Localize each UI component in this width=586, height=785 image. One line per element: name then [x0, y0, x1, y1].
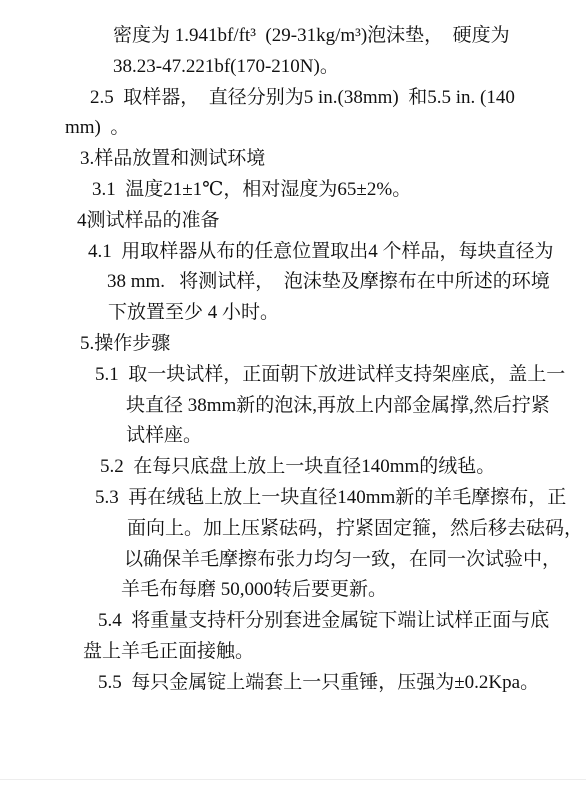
text-line: 38 mm. 将测试样， 泡沫垫及摩擦布在中所述的环境 [0, 267, 586, 298]
text-line: 5.操作步骤 [0, 329, 586, 360]
text-line: 密度为 1.941bf/ft³ (29-31kg/m³)泡沫垫， 硬度为 [0, 21, 586, 52]
text-line: 5.4 将重量支持杆分别套进金属锭下端让试样正面与底 [0, 606, 586, 637]
text-line: 3.样品放置和测试环境 [0, 144, 586, 175]
text-line: 5.1 取一块试样，正面朝下放进试样支持架座底，盖上一 [0, 360, 586, 391]
page-bottom-divider [0, 779, 586, 780]
text-line: 5.3 再在绒毡上放上一块直径140mm新的羊毛摩擦布，正 [0, 483, 586, 514]
text-line: 2.5 取样器， 直径分别为5 in.(38mm) 和5.5 in. (140 [0, 83, 586, 114]
text-line: 3.1 温度21±1℃，相对湿度为65±2%。 [0, 175, 586, 206]
text-line: 试样座。 [0, 421, 586, 452]
document-page: 密度为 1.941bf/ft³ (29-31kg/m³)泡沫垫， 硬度为38.2… [0, 0, 586, 785]
text-line: 盘上羊毛正面接触。 [0, 637, 586, 668]
text-line: 4测试样品的准备 [0, 206, 586, 237]
document-body: 密度为 1.941bf/ft³ (29-31kg/m³)泡沫垫， 硬度为38.2… [0, 21, 586, 699]
text-line: 5.2 在每只底盘上放上一块直径140mm的绒毡。 [0, 452, 586, 483]
text-line: 下放置至少 4 小时。 [0, 298, 586, 329]
text-line: 4.1 用取样器从布的任意位置取出4 个样品，每块直径为 [0, 237, 586, 268]
text-line: mm) 。 [0, 113, 586, 144]
text-line: 38.23-47.221bf(170-210N)。 [0, 52, 586, 83]
text-line: 块直径 38mm新的泡沫,再放上内部金属撑,然后拧紧 [0, 391, 586, 422]
text-line: 以确保羊毛摩擦布张力均匀一致，在同一次试验中， [0, 545, 586, 576]
text-line: 面向上。加上压紧砝码，拧紧固定箍，然后移去砝码， [0, 514, 586, 545]
text-line: 5.5 每只金属锭上端套上一只重锤，压强为±0.2Kpa。 [0, 668, 586, 699]
text-line: 羊毛布每磨 50,000转后要更新。 [0, 575, 586, 606]
